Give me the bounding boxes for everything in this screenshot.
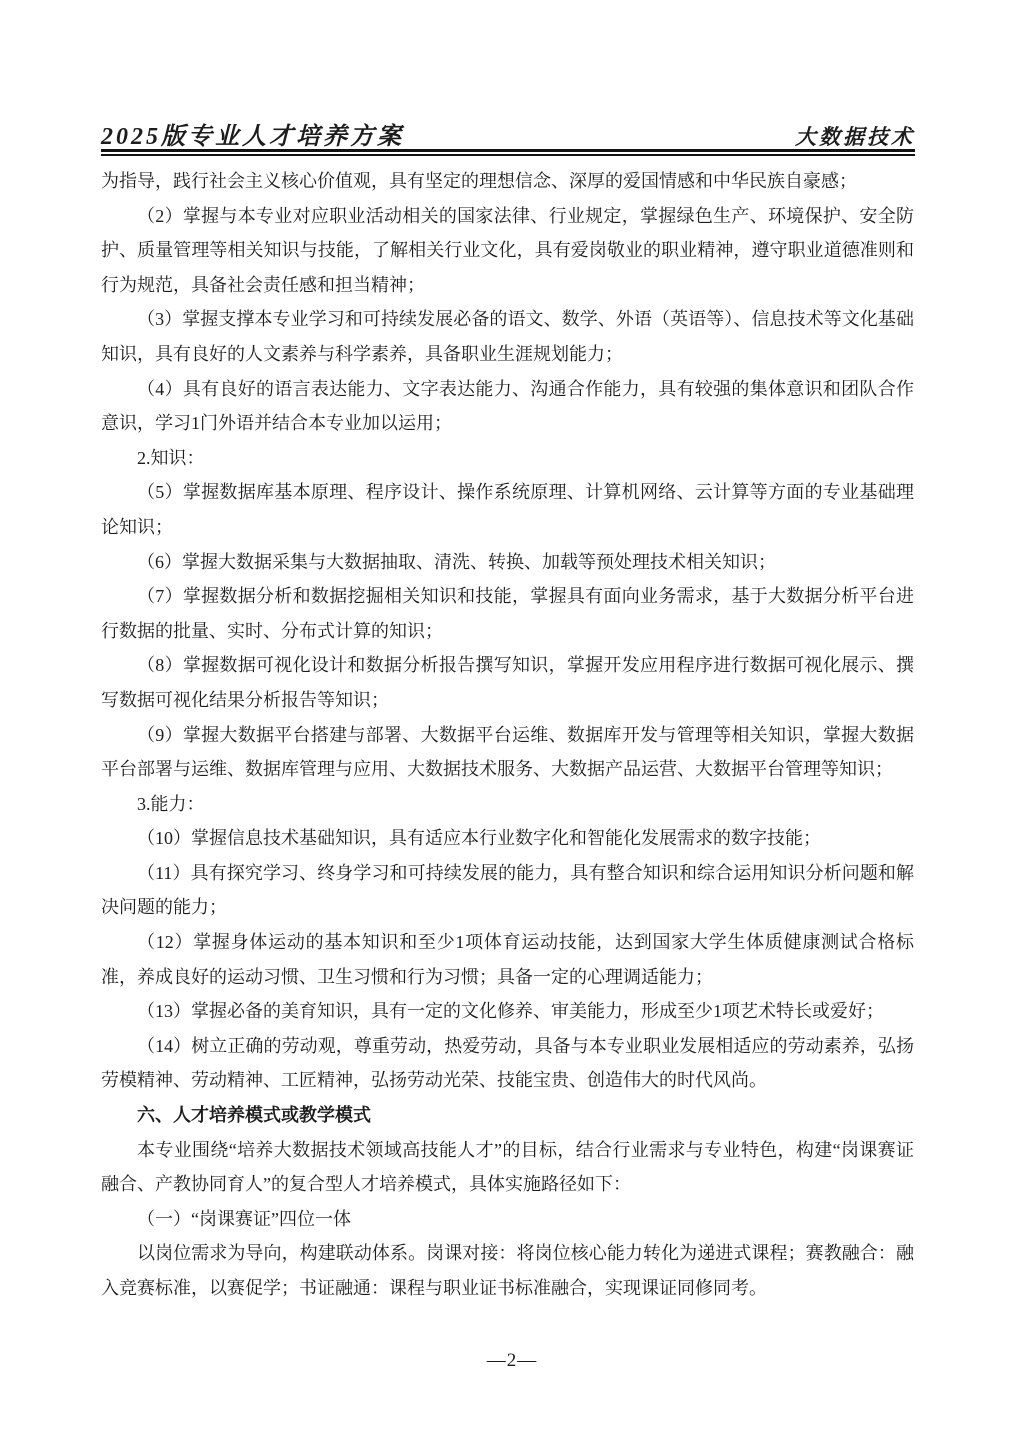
document-page: 2025版专业人才培养方案 大数据技术 为指导，践行社会主义核心价值观，具有坚定… xyxy=(0,0,1024,1448)
list-label-ability: 3.能力： xyxy=(101,787,914,822)
body-paragraph: （9）掌握大数据平台搭建与部署、大数据平台运维、数据库开发与管理等相关知识，掌握… xyxy=(101,718,914,787)
body-paragraph: （13）掌握必备的美育知识，具有一定的文化修养、审美能力，形成至少1项艺术特长或… xyxy=(101,994,914,1029)
body-paragraph: 以岗位需求为导向，构建联动体系。岗课对接：将岗位核心能力转化为递进式课程；赛教融… xyxy=(101,1236,914,1305)
body-paragraph: （10）掌握信息技术基础知识，具有适应本行业数字化和智能化发展需求的数字技能； xyxy=(101,821,914,856)
page-footer: —2— xyxy=(0,1350,1024,1372)
subsection-heading: （一）“岗课赛证”四位一体 xyxy=(101,1202,914,1237)
body-paragraph: （11）具有探究学习、终身学习和可持续发展的能力，具有整合知识和综合运用知识分析… xyxy=(101,856,914,925)
body-paragraph: （14）树立正确的劳动观，尊重劳动，热爱劳动，具备与本专业职业发展相适应的劳动素… xyxy=(101,1029,914,1098)
page-number: —2— xyxy=(487,1350,538,1371)
body-paragraph: （6）掌握大数据采集与大数据抽取、清洗、转换、加载等预处理技术相关知识； xyxy=(101,545,914,580)
body-paragraph: （12）掌握身体运动的基本知识和至少1项体育运动技能，达到国家大学生体质健康测试… xyxy=(101,925,914,994)
body-paragraph: （2）掌握与本专业对应职业活动相关的国家法律、行业规定，掌握绿色生产、环境保护、… xyxy=(101,199,914,303)
body-paragraph: （4）具有良好的语言表达能力、文字表达能力、沟通合作能力，具有较强的集体意识和团… xyxy=(101,372,914,441)
document-body: 为指导，践行社会主义核心价值观，具有坚定的理想信念、深厚的爱国情感和中华民族自豪… xyxy=(101,164,914,1306)
header-left-title: 2025版专业人才培养方案 xyxy=(101,116,404,151)
running-header: 2025版专业人才培养方案 大数据技术 xyxy=(101,116,915,151)
section-heading: 六、人才培养模式或教学模式 xyxy=(101,1098,914,1133)
body-paragraph: （8）掌握数据可视化设计和数据分析报告撰写知识，掌握开发应用程序进行数据可视化展… xyxy=(101,648,914,717)
body-paragraph: （3）掌握支撑本专业学习和可持续发展必备的语文、数学、外语（英语等）、信息技术等… xyxy=(101,302,914,371)
header-right-title: 大数据技术 xyxy=(795,121,915,151)
body-paragraph: （7）掌握数据分析和数据挖掘相关知识和技能，掌握具有面向业务需求，基于大数据分析… xyxy=(101,579,914,648)
body-paragraph: 为指导，践行社会主义核心价值观，具有坚定的理想信念、深厚的爱国情感和中华民族自豪… xyxy=(101,164,914,199)
body-paragraph: （5）掌握数据库基本原理、程序设计、操作系统原理、计算机网络、云计算等方面的专业… xyxy=(101,475,914,544)
body-paragraph: 本专业围绕“培养大数据技术领域高技能人才”的目标，结合行业需求与专业特色，构建“… xyxy=(101,1133,914,1202)
list-label-knowledge: 2.知识： xyxy=(101,441,914,476)
header-double-rule xyxy=(101,149,915,156)
